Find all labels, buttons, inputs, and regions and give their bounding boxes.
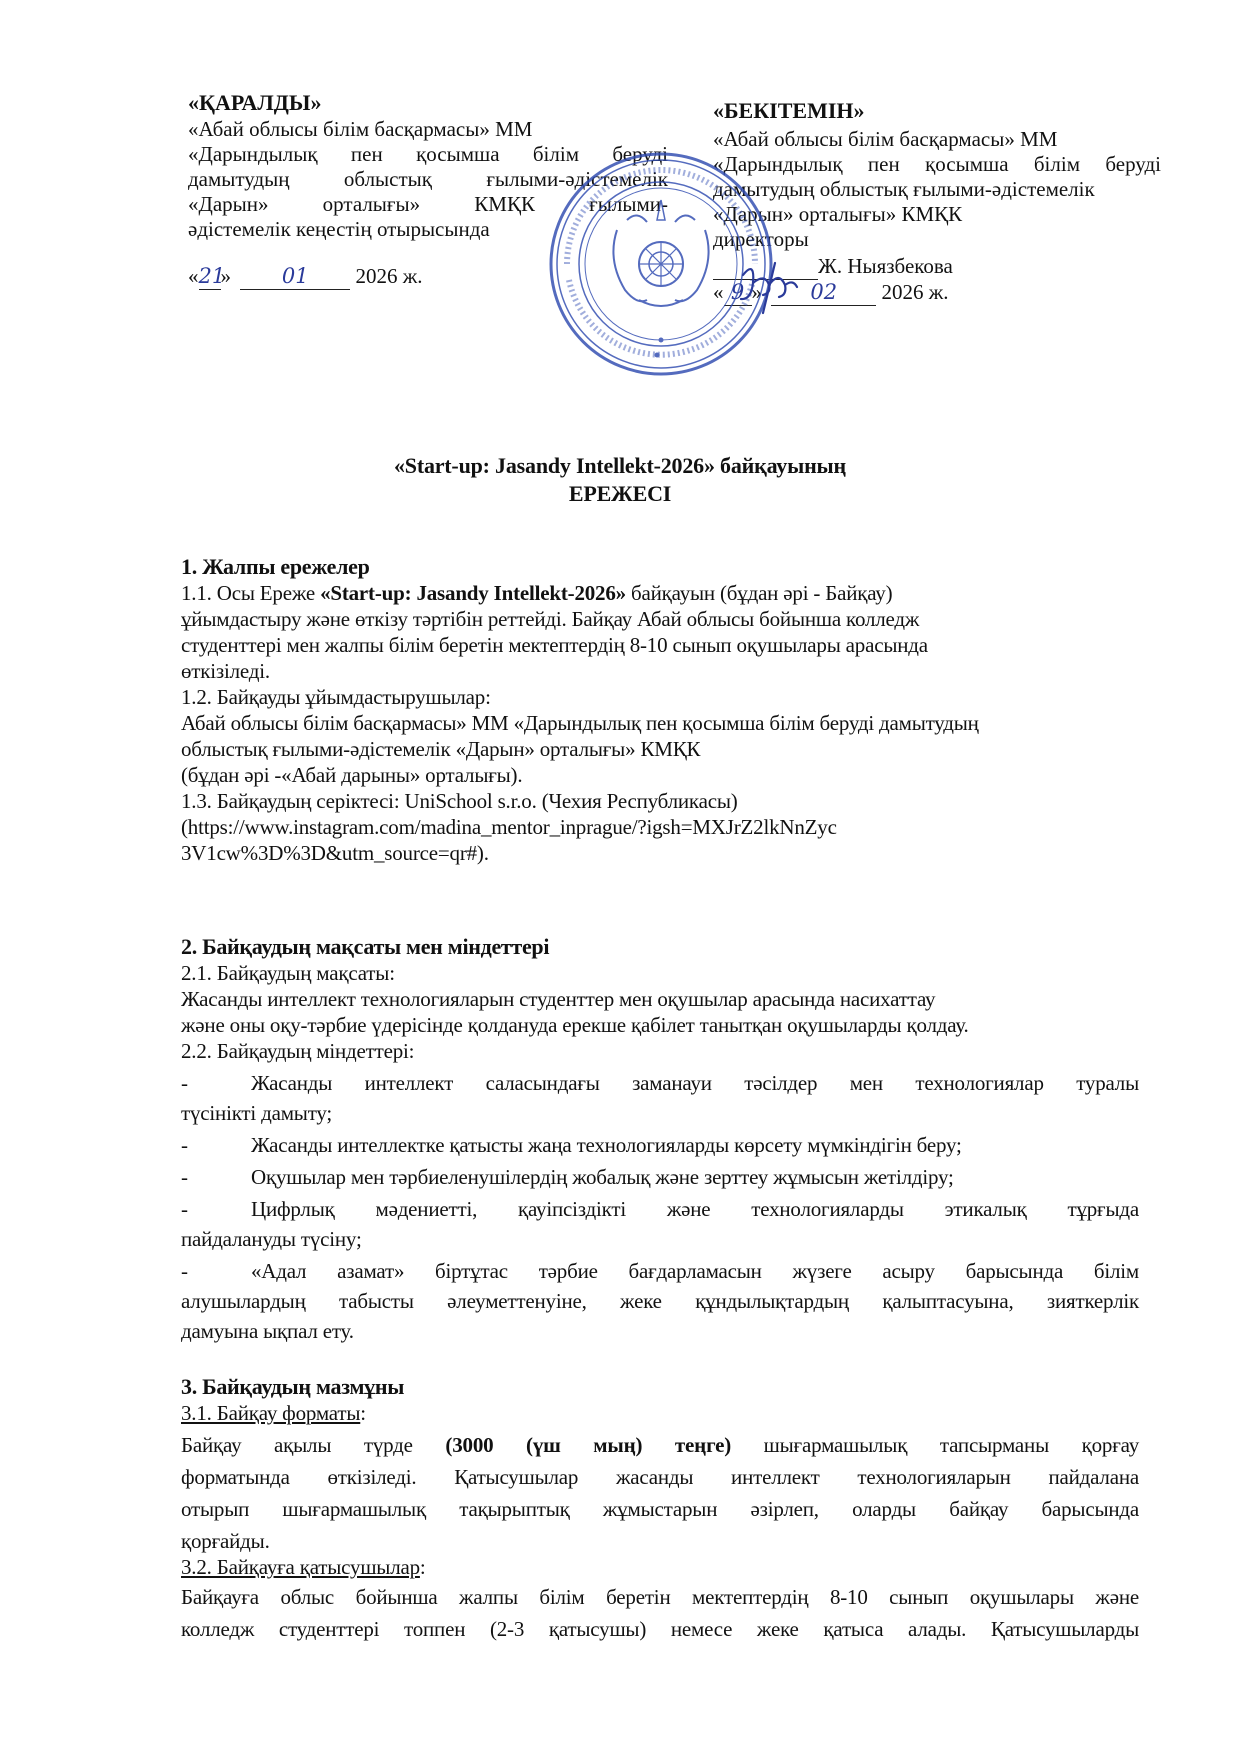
text-line: колледж студенттері топпен (2-3 қатысушы… (181, 1616, 1139, 1642)
task-text: Жасанды интеллектке қатысты жаңа техноло… (251, 1133, 962, 1157)
colon: : (360, 1401, 366, 1425)
paragraph-3-1: Байқау ақылы түрде (3000 (үш мың) теңге)… (181, 1432, 1139, 1554)
bullet: - (181, 1132, 251, 1158)
task-item: -Цифрлық мәдениетті, қауіпсіздікті және … (181, 1196, 1139, 1222)
approved-heading: «БЕКІТЕМІН» (713, 98, 1173, 123)
text-line: қорғайды. (181, 1528, 1139, 1554)
title-line1: «Start-up: Jasandy Intellekt-2026» байқа… (0, 453, 1240, 479)
bullet: - (181, 1258, 251, 1284)
contest-name: «Start-up: Jasandy Intellekt-2026» (320, 581, 626, 605)
subheading: 3.1. Байқау форматы (181, 1401, 360, 1425)
approved-line: «Абай облысы білім басқармасы» ММ (713, 127, 1173, 152)
text-line: және оны оқу-тәрбие үдерісінде қолдануда… (181, 1012, 1141, 1038)
task-item: -«Адал азамат» біртұтас тәрбие бағдарлам… (181, 1258, 1139, 1284)
task-text: «Адал азамат» біртұтас тәрбие бағдарлама… (251, 1259, 1139, 1283)
section-heading: 1. Жалпы ережелер (181, 554, 1081, 580)
paragraph-2-2-label: 2.2. Байқаудың міндеттері: (181, 1038, 1141, 1064)
text-line: Байқауға облыс бойынша жалпы білім берет… (181, 1584, 1139, 1610)
subheading: 3.2. Байқауға қатысушылар (181, 1555, 420, 1579)
section-1: 1. Жалпы ережелер 1.1. Осы Ереже «Start-… (181, 554, 1081, 866)
task-item: -Жасанды интеллектке қатысты жаңа технол… (181, 1132, 1139, 1158)
task-item-cont: түсінікті дамыту; (181, 1100, 1139, 1126)
text-line: Жасанды интеллект технологияларын студен… (181, 986, 1141, 1012)
text-line: форматында өткізіледі. Қатысушылар жасан… (181, 1464, 1139, 1490)
signatory-name: Ж. Ныязбекова (818, 254, 953, 278)
text-line: Байқау ақылы түрде (3000 (үш мың) теңге)… (181, 1432, 1139, 1458)
date-quote: » (221, 264, 232, 288)
text-span: шығармашылық тапсырманы қорғау (731, 1433, 1139, 1457)
paragraph-3-2: Байқауға облыс бойынша жалпы білім берет… (181, 1584, 1139, 1642)
fee-amount: (3000 (үш мың) теңге) (445, 1433, 731, 1457)
approved-line: дамытудың облыстық ғылыми-әдістемелік (713, 177, 1173, 202)
approved-year: 2026 ж. (882, 280, 949, 304)
paragraph-2-1-label: 2.1. Байқаудың мақсаты: (181, 960, 1141, 986)
title-line2: ЕРЕЖЕСІ (0, 481, 1240, 507)
section-2: 2. Байқаудың мақсаты мен міндеттері 2.1.… (181, 934, 1141, 1344)
task-text: Жасанды интеллект саласындағы заманауи т… (251, 1071, 1139, 1095)
text-span: Байқау ақылы түрде (181, 1433, 445, 1457)
signature-icon (735, 255, 805, 315)
text-line: (бұдан әрі -«Абай дарыны» орталығы). (181, 762, 1081, 788)
section-3: 3. Байқаудың мазмұны 3.1. Байқау форматы… (181, 1374, 1141, 1642)
section-heading: 3. Байқаудың мазмұны (181, 1374, 1141, 1400)
paragraph-1-3-label: 1.3. Байқаудың серіктесі: UniSchool s.r.… (181, 788, 1081, 814)
text-span: байқауын (бұдан әрі - Байқау) (626, 581, 892, 605)
bullet: - (181, 1164, 251, 1190)
text-line: өткізіледі. (181, 658, 1081, 684)
approved-line: «Дарын» орталығы» КМҚК (713, 202, 1173, 227)
reviewed-year: 2026 ж. (356, 264, 423, 288)
paragraph-1-1: 1.1. Осы Ереже «Start-up: Jasandy Intell… (181, 580, 1081, 606)
task-text: Цифрлық мәдениетті, қауіпсіздікті және т… (251, 1197, 1139, 1221)
text-line: Абай облысы білім басқармасы» ММ «Дарынд… (181, 710, 1081, 736)
bullet: - (181, 1070, 251, 1096)
task-text: Оқушылар мен тәрбиеленушілердің жобалық … (251, 1165, 954, 1189)
approved-line: директоры (713, 227, 1173, 252)
text-span: 1.1. Осы Ереже (181, 581, 320, 605)
text-line: отырып шығармашылық тақырыптық жұмыстары… (181, 1496, 1139, 1522)
paragraph-3-1-label: 3.1. Байқау форматы: (181, 1400, 1141, 1426)
text-line: облыстық ғылыми-әдістемелік «Дарын» орта… (181, 736, 1081, 762)
paragraph-1-2-label: 1.2. Байқауды ұйымдастырушылар: (181, 684, 1081, 710)
date-quote: « (188, 264, 199, 288)
document-page: «ҚАРАЛДЫ» «Абай облысы білім басқармасы»… (0, 0, 1240, 1755)
bullet: - (181, 1196, 251, 1222)
task-item-cont: пайдалануды түсіну; (181, 1226, 1139, 1252)
reviewed-day: 21 (199, 264, 221, 290)
text-line: ұйымдастыру және өткізу тәртібін реттейд… (181, 606, 1081, 632)
partner-link[interactable]: (https://www.instagram.com/madina_mentor… (181, 814, 1081, 840)
partner-link[interactable]: 3V1cw%3D%3D&utm_source=qr#). (181, 840, 1081, 866)
reviewed-line: «Абай облысы білім басқармасы» ММ (188, 117, 688, 142)
task-list: -Жасанды интеллект саласындағы заманауи … (181, 1070, 1139, 1344)
task-item-cont: дамуына ықпал ету. (181, 1318, 1139, 1344)
reviewed-heading: «ҚАРАЛДЫ» (188, 90, 688, 115)
document-title: «Start-up: Jasandy Intellekt-2026» байқа… (0, 453, 1240, 507)
task-item: -Жасанды интеллект саласындағы заманауи … (181, 1070, 1139, 1096)
reviewed-month: 01 (240, 264, 350, 290)
task-item-cont: алушылардың табысты әлеуметтенуіне, жеке… (181, 1288, 1139, 1314)
section-heading: 2. Байқаудың мақсаты мен міндеттері (181, 934, 1141, 960)
colon: : (420, 1555, 426, 1579)
approved-line: «Дарындылық пен қосымша білім беруді (713, 152, 1161, 177)
text-line: студенттері мен жалпы білім беретін мект… (181, 632, 1081, 658)
task-item: -Оқушылар мен тәрбиеленушілердің жобалық… (181, 1164, 1139, 1190)
paragraph-3-2-label: 3.2. Байқауға қатысушылар: (181, 1554, 1141, 1580)
